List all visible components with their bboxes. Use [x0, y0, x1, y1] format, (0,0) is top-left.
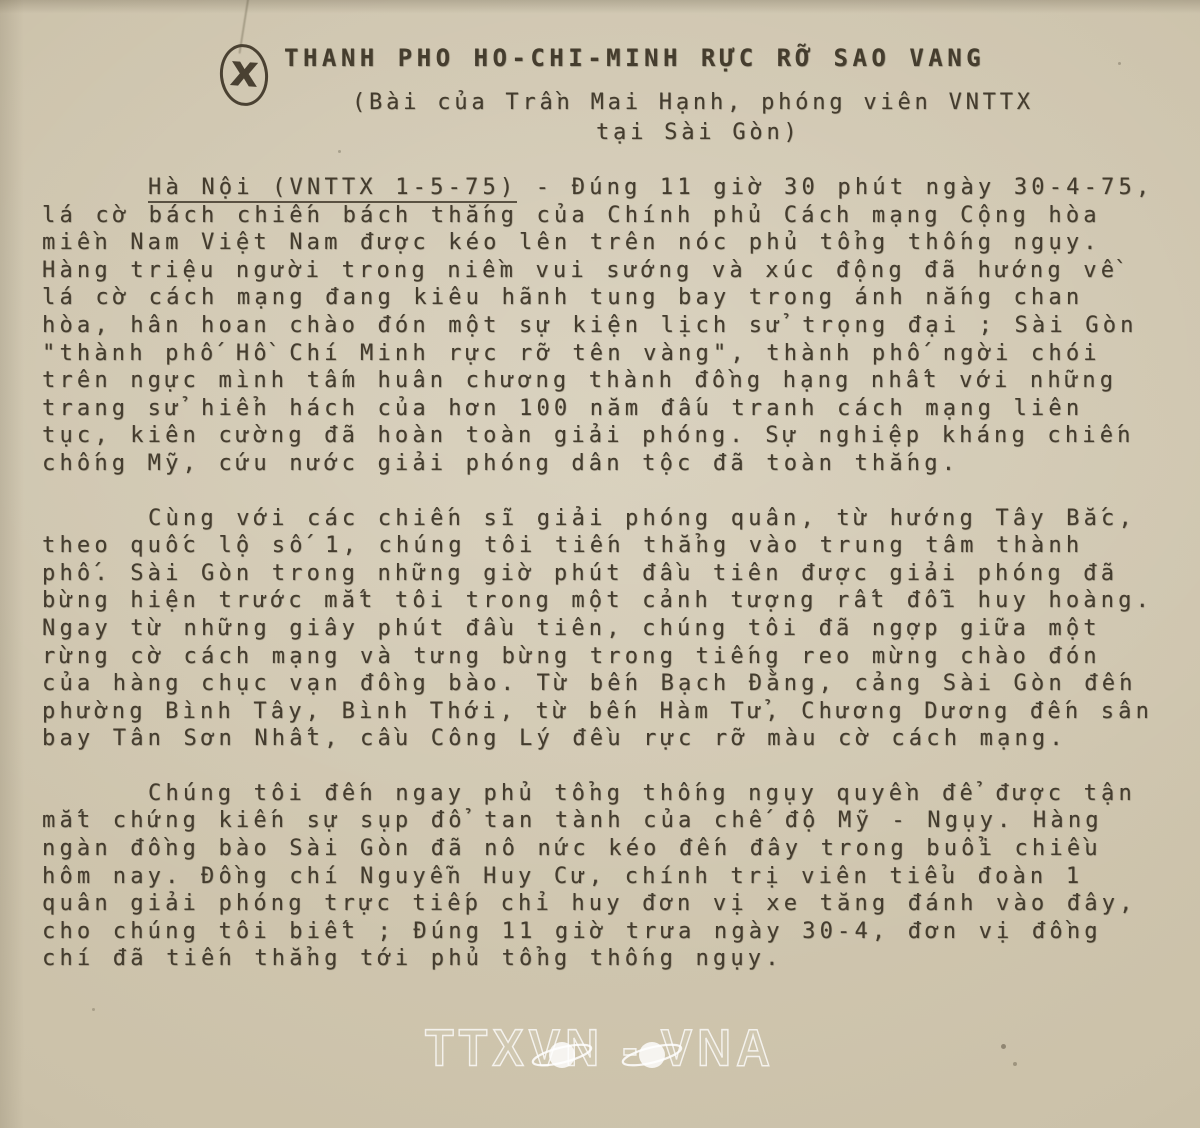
scanned-page: x THANH PHO HO-CHI-MINH RỰC RỠ SAO VANG … — [0, 0, 1200, 1128]
paragraph-3: Chúng tôi đến ngay phủ tổng thống ngụy q… — [42, 780, 1164, 973]
globe-icon — [618, 1033, 686, 1077]
article-title: THANH PHO HO-CHI-MINH RỰC RỠ SAO VANG — [284, 44, 985, 72]
ink-speckle — [338, 150, 341, 153]
article-byline-line1: (Bài của Trần Mai Hạnh, phóng viên VNTTX — [352, 90, 1034, 115]
globe-icon — [528, 1033, 596, 1077]
agency-watermark: TTXVN - VNA — [0, 1017, 1200, 1078]
paragraph-2: Cùng với các chiến sĩ giải phóng quân, t… — [42, 505, 1164, 753]
ink-speckle — [1013, 1062, 1017, 1066]
x-mark-icon: x — [229, 49, 260, 95]
paragraph-1-text: - Đúng 11 giờ 30 phút ngày 30-4-75, lá c… — [42, 175, 1153, 476]
article-body: Hà Nội (VNTTX 1-5-75) - Đúng 11 giờ 30 p… — [42, 174, 1164, 973]
ink-speckle — [1001, 1044, 1006, 1049]
article-byline-line2: tại Sài Gòn) — [596, 120, 801, 145]
ink-speckle — [92, 1008, 95, 1011]
dateline: Hà Nội (VNTTX 1-5-75) — [148, 175, 517, 203]
paragraph-1: Hà Nội (VNTTX 1-5-75) - Đúng 11 giờ 30 p… — [42, 174, 1164, 478]
ink-speckle — [1118, 62, 1121, 65]
editorial-stamp: x — [217, 42, 271, 109]
